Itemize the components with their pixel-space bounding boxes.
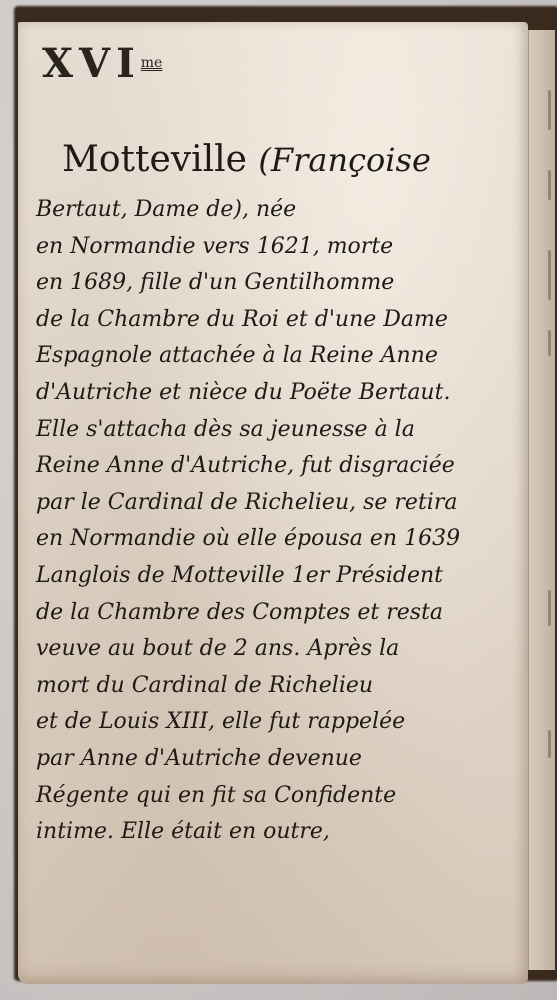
entry-headword-line: Motteville (Françoise xyxy=(36,128,516,192)
adjacent-ink-mark xyxy=(548,330,551,356)
adjacent-page-edge xyxy=(528,30,555,970)
entry-line: et de Louis XIII, elle fut rappelée xyxy=(36,704,516,741)
entry-headword: Motteville xyxy=(62,139,247,180)
volume-numeral: XVI xyxy=(42,40,141,87)
entry-line: en 1689, fille d'un Gentilhomme xyxy=(36,265,516,302)
adjacent-ink-mark xyxy=(548,250,551,300)
entry-line: en Normandie où elle épousa en 1639 xyxy=(36,521,516,558)
entry-line: par Anne d'Autriche devenue xyxy=(36,741,516,778)
entry-line: intime. Elle était en outre, xyxy=(36,814,516,851)
entry-line: Elle s'attacha dès sa jeunesse à la xyxy=(36,412,516,449)
biographical-entry: Motteville (Françoise Bertaut, Dame de),… xyxy=(36,128,516,851)
entry-line: mort du Cardinal de Richelieu xyxy=(36,668,516,705)
entry-line: en Normandie vers 1621, morte xyxy=(36,229,516,266)
entry-line: par le Cardinal de Richelieu, se retira xyxy=(36,485,516,522)
entry-line: d'Autriche et nièce du Poëte Bertaut. xyxy=(36,375,516,412)
adjacent-ink-mark xyxy=(548,90,551,130)
adjacent-ink-mark xyxy=(548,170,551,200)
entry-line: Langlois de Motteville 1er Président xyxy=(36,558,516,595)
volume-suffix: me xyxy=(141,55,163,71)
adjacent-ink-mark xyxy=(548,590,551,626)
entry-line: de la Chambre du Roi et d'une Dame xyxy=(36,302,516,339)
entry-line: Bertaut, Dame de), née xyxy=(36,192,516,229)
entry-line: veuve au bout de 2 ans. Après la xyxy=(36,631,516,668)
manuscript-page: XVIme Motteville (Françoise Bertaut, Dam… xyxy=(18,22,528,984)
entry-line: de la Chambre des Comptes et resta xyxy=(36,595,516,632)
adjacent-ink-mark xyxy=(548,730,551,758)
entry-headword-rest: (Françoise xyxy=(258,141,430,179)
entry-line: Régente qui en fit sa Confidente xyxy=(36,778,516,815)
volume-number: XVIme xyxy=(42,44,162,84)
entry-line: Reine Anne d'Autriche, fut disgraciée xyxy=(36,448,516,485)
entry-line: Espagnole attachée à la Reine Anne xyxy=(36,338,516,375)
